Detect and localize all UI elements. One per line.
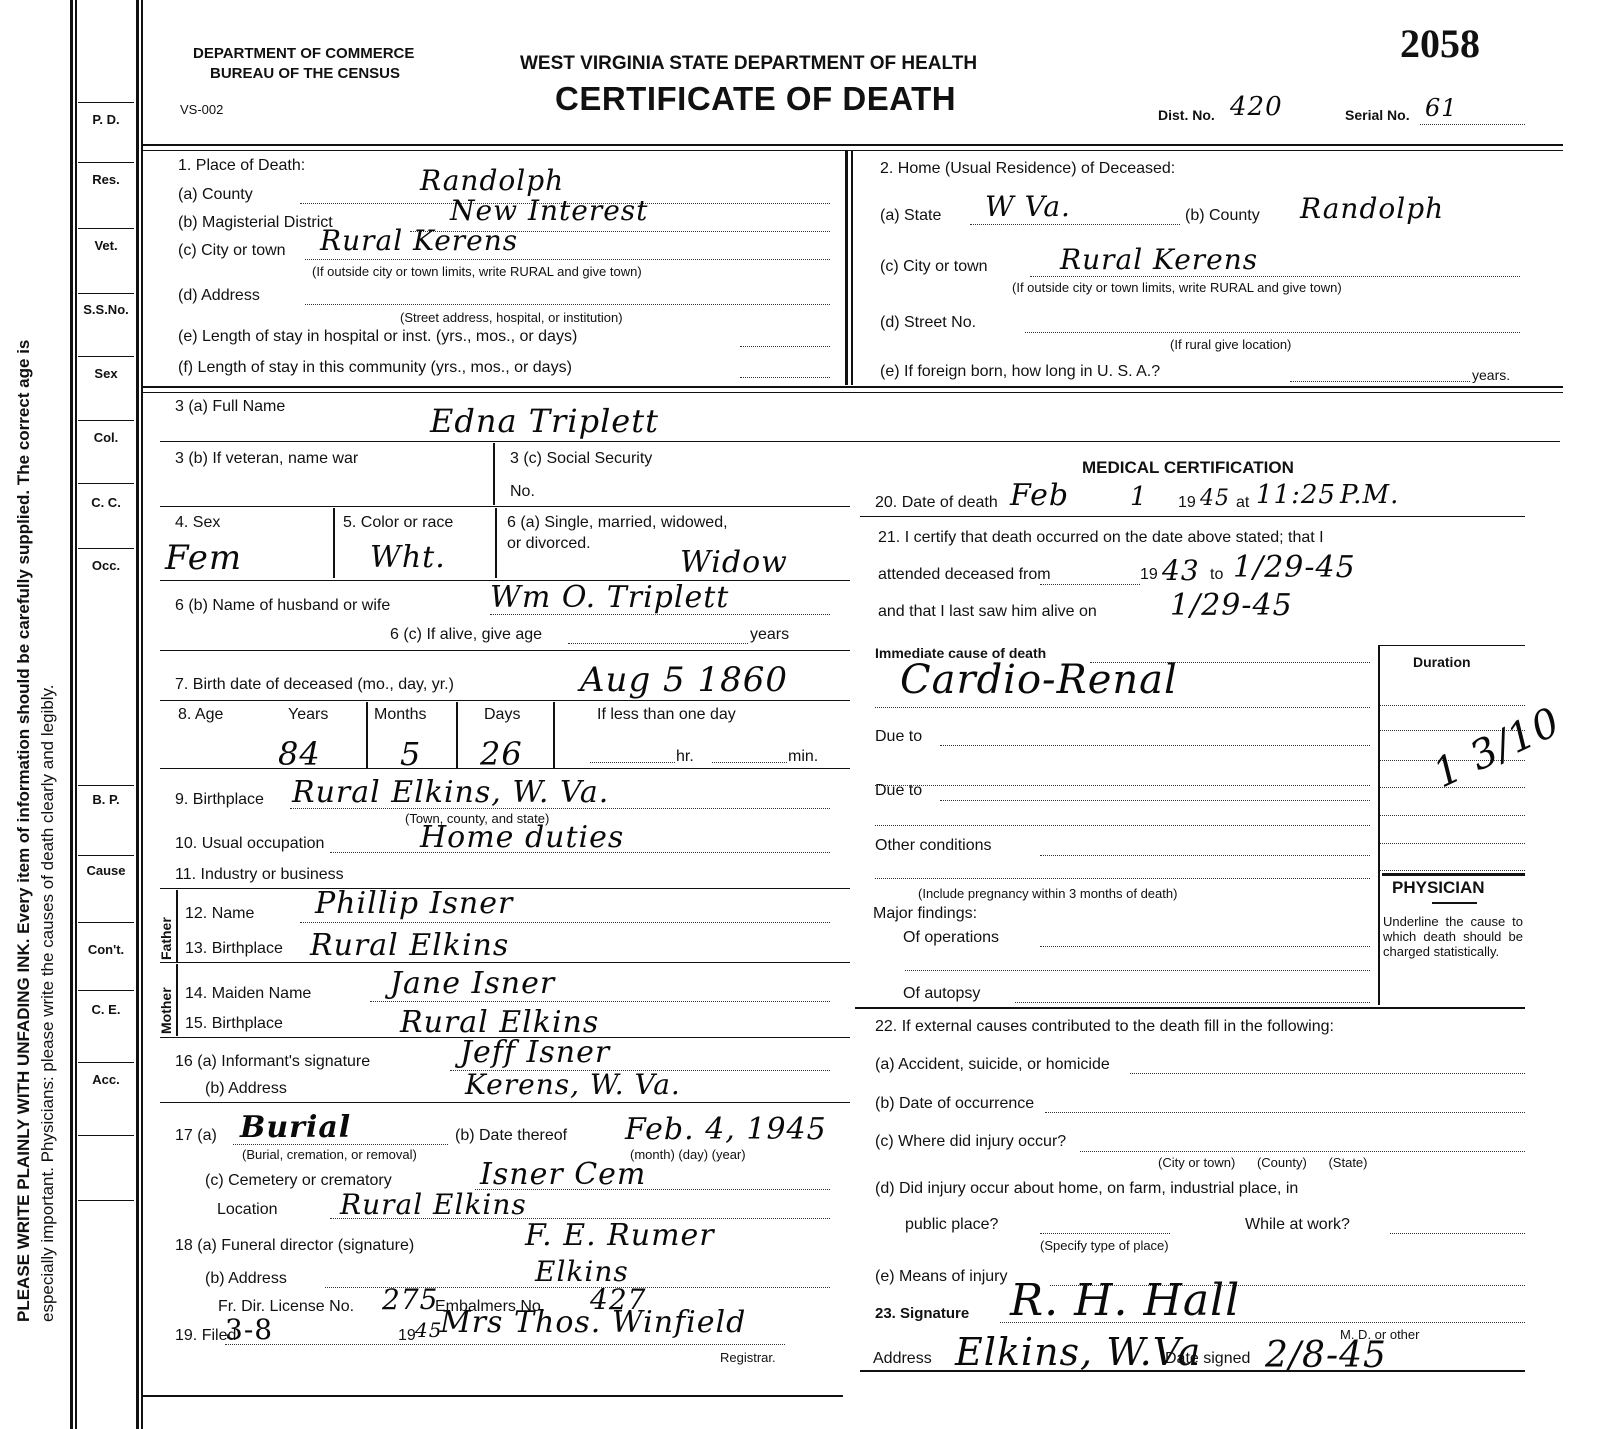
- code-pd: P. D.: [78, 112, 134, 127]
- dots: [940, 800, 1370, 801]
- code-bp: B. P.: [78, 792, 134, 807]
- code-divider: [78, 922, 134, 923]
- bracket: [176, 964, 178, 1036]
- informant-signature-value[interactable]: Jeff Isner: [460, 1035, 610, 1070]
- dots: [305, 304, 830, 305]
- due-to-label-2: Due to: [875, 782, 922, 800]
- birth-date-label: 7. Birth date of deceased (mo., day, yr.…: [175, 676, 454, 694]
- code-ce: C. E.: [78, 1002, 134, 1017]
- ssn-label2: No.: [510, 483, 535, 501]
- registrar-value[interactable]: Mrs Thos. Winfield: [440, 1305, 746, 1340]
- dots: [740, 346, 830, 347]
- city-label: (c) City or town: [178, 242, 286, 260]
- duration-label: Duration: [1413, 654, 1471, 670]
- mother-name-value[interactable]: Jane Isner: [390, 966, 555, 1001]
- less-day-label: If less than one day: [597, 706, 736, 724]
- document-title: CERTIFICATE OF DEATH: [555, 80, 956, 118]
- res-city-note: (If outside city or town limits, write R…: [1012, 280, 1342, 295]
- where-note: (City or town) (County) (State): [1158, 1155, 1368, 1170]
- informant-address-value[interactable]: Kerens, W. Va.: [465, 1068, 681, 1101]
- bracket: [176, 890, 178, 962]
- birth-date-value[interactable]: Aug 5 1860: [580, 660, 788, 700]
- attended-label: attended deceased from: [878, 566, 1051, 584]
- code-res: Res.: [78, 172, 134, 187]
- column-divider: [845, 150, 848, 385]
- dots: [590, 762, 675, 763]
- cell-divider: [553, 702, 555, 768]
- bureau-census: BUREAU OF THE CENSUS: [210, 65, 400, 82]
- occupation-label: 10. Usual occupation: [175, 835, 324, 853]
- death-ampm[interactable]: P.M.: [1340, 480, 1399, 510]
- section-rule: [143, 386, 1563, 388]
- race-label: 5. Color or race: [343, 514, 453, 532]
- res-county-value[interactable]: Randolph: [1300, 192, 1444, 225]
- sex-value[interactable]: Fem: [165, 538, 242, 578]
- mother-birthplace-label: 15. Birthplace: [185, 1015, 283, 1033]
- attended-from[interactable]: 43: [1162, 554, 1200, 587]
- stay-community-label: (f) Length of stay in this community (yr…: [178, 359, 572, 377]
- filed-year-prefix: 19: [398, 1327, 416, 1345]
- other-conditions-label: Other conditions: [875, 837, 992, 855]
- address-label: (d) Address: [178, 287, 260, 305]
- registrar-label: Registrar.: [720, 1350, 776, 1365]
- header-rule: [143, 144, 1563, 146]
- years-label: Years: [288, 706, 328, 724]
- code-divider: [78, 785, 134, 786]
- dots: [1380, 815, 1525, 816]
- street-note: (If rural give location): [1170, 337, 1291, 352]
- frame-line: [136, 0, 139, 1429]
- father-birthplace-label: 13. Birthplace: [185, 940, 283, 958]
- min-label: min.: [788, 748, 818, 766]
- dots: [1045, 1112, 1525, 1113]
- district-label: (b) Magisterial District: [178, 214, 333, 232]
- address-note: (Street address, hospital, or institutio…: [400, 310, 623, 325]
- code-occ: Occ.: [78, 558, 134, 573]
- code-divider: [78, 483, 134, 484]
- duration-divider: [1378, 645, 1380, 1005]
- dots: [1380, 843, 1525, 844]
- header-rule: [143, 150, 1563, 151]
- cell-divider: [495, 508, 497, 578]
- burial-date-label: (b) Date thereof: [455, 1127, 567, 1145]
- full-name-label: 3 (a) Full Name: [175, 398, 285, 416]
- bottom-rule: [143, 1395, 843, 1397]
- father-name-value[interactable]: Phillip Isner: [315, 886, 513, 921]
- marital-label: 6 (a) Single, married, widowed,: [507, 514, 728, 532]
- public-place-label: public place?: [905, 1216, 998, 1234]
- serial-label: Serial No.: [1345, 107, 1410, 123]
- dots: [1380, 705, 1525, 706]
- rule: [860, 516, 1525, 517]
- at-label: at: [1236, 494, 1249, 512]
- filed-date[interactable]: 3-8: [225, 1313, 273, 1346]
- medical-heading: MEDICAL CERTIFICATION: [1082, 458, 1294, 478]
- dots: [875, 785, 1370, 786]
- street-label: (d) Street No.: [880, 314, 976, 332]
- section-rule: [855, 1007, 1525, 1009]
- occupation-value[interactable]: Home duties: [420, 820, 624, 855]
- burial-label: 17 (a): [175, 1127, 217, 1145]
- place-type-note: (Specify type of place): [1040, 1238, 1169, 1253]
- cell-divider: [493, 443, 495, 505]
- res-city-value[interactable]: Rural Kerens: [1060, 243, 1258, 276]
- birthplace-value[interactable]: Rural Elkins, W. Va.: [292, 775, 609, 810]
- dots: [225, 1344, 785, 1345]
- frame-line: [75, 0, 77, 1429]
- duration-value[interactable]: 1 3/10: [1427, 699, 1568, 797]
- dots: [1015, 1002, 1370, 1003]
- veteran-label: 3 (b) If veteran, name war: [175, 450, 358, 468]
- sex-label: 4. Sex: [175, 514, 220, 532]
- due-to-label-1: Due to: [875, 728, 922, 746]
- res-city-label: (c) City or town: [880, 258, 988, 276]
- immediate-cause-value[interactable]: Cardio-Renal: [900, 657, 1178, 703]
- marital-value[interactable]: Widow: [680, 545, 788, 580]
- form-code: VS-002: [180, 102, 223, 117]
- code-cause: Cause: [78, 863, 134, 878]
- means-label: (e) Means of injury: [875, 1268, 1008, 1286]
- certify-text: 21. I certify that death occurred on the…: [878, 529, 1324, 547]
- dots: [970, 224, 1180, 225]
- stamp-number: 2058: [1400, 20, 1480, 67]
- dots: [740, 377, 830, 378]
- dots: [875, 825, 1370, 826]
- code-col: Col.: [78, 430, 134, 445]
- dots: [1080, 1151, 1525, 1152]
- code-divider: [78, 1200, 134, 1201]
- dots: [1290, 381, 1470, 382]
- county-value[interactable]: Randolph: [420, 164, 564, 197]
- city-note: (If outside city or town limits, write R…: [312, 264, 642, 279]
- ssn-label: 3 (c) Social Security: [510, 450, 652, 468]
- instruction-line-2: especially important. Physicians: please…: [38, 322, 58, 1322]
- dots: [1030, 276, 1520, 277]
- informant-address-label: (b) Address: [205, 1080, 287, 1098]
- serial-value: 61: [1425, 94, 1458, 122]
- code-divider: [78, 420, 134, 421]
- code-cc: C. C.: [78, 495, 134, 510]
- district-value[interactable]: New Interest: [450, 194, 648, 227]
- section-rule: [143, 392, 1563, 393]
- burial-note: (Burial, cremation, or removal): [242, 1147, 417, 1162]
- code-vet: Vet.: [78, 238, 134, 253]
- instruction-line-1: PLEASE WRITE PLAINLY WITH UNFADING INK. …: [14, 2, 34, 1322]
- dept-commerce: DEPARTMENT OF COMMERCE: [193, 45, 414, 62]
- rule: [860, 1370, 1525, 1372]
- death-day[interactable]: 1: [1130, 482, 1148, 512]
- informant-signature-label: 16 (a) Informant's signature: [175, 1053, 370, 1071]
- dots: [875, 707, 1370, 708]
- rule: [160, 768, 850, 769]
- dots: [712, 762, 787, 763]
- funeral-director-label: 18 (a) Funeral director (signature): [175, 1237, 414, 1255]
- mother-side-label: Mother: [158, 987, 174, 1034]
- filed-year[interactable]: 45: [415, 1318, 442, 1342]
- dots: [1040, 946, 1370, 947]
- father-birthplace-value[interactable]: Rural Elkins: [310, 928, 509, 963]
- code-divider: [78, 1062, 134, 1063]
- code-divider: [78, 548, 134, 549]
- days-label: Days: [484, 706, 520, 724]
- cell-divider: [366, 702, 368, 768]
- foreign-label: (e) If foreign born, how long in U. S. A…: [880, 363, 1160, 381]
- major-findings-label: Major findings:: [873, 905, 977, 923]
- while-at-work-label: While at work?: [1245, 1216, 1350, 1234]
- cell-divider: [456, 702, 458, 768]
- state-value[interactable]: W Va.: [985, 190, 1071, 223]
- dist-value: 420: [1230, 92, 1283, 122]
- spouse-age-suffix: years: [750, 626, 789, 644]
- marital-label2: or divorced.: [507, 535, 591, 553]
- dots: [905, 970, 1370, 971]
- rule: [1432, 902, 1477, 904]
- state-label: (a) State: [880, 207, 941, 225]
- spouse-value[interactable]: Wm O. Triplett: [490, 580, 729, 615]
- margin-instructions: PLEASE WRITE PLAINLY WITH UNFADING INK. …: [0, 0, 100, 1429]
- full-name-value[interactable]: Edna Triplett: [430, 402, 659, 440]
- foreign-suffix: years.: [1472, 367, 1510, 383]
- dots: [940, 745, 1370, 746]
- dist-label: Dist. No.: [1158, 107, 1215, 123]
- birthplace-label: 9. Birthplace: [175, 791, 264, 809]
- license-value[interactable]: 275: [382, 1283, 438, 1316]
- rule: [160, 650, 850, 651]
- funeral-address-label: (b) Address: [205, 1270, 287, 1288]
- code-cont: Con't.: [78, 942, 134, 957]
- rule: [160, 1102, 850, 1103]
- frame-line: [141, 0, 143, 1429]
- death-date-label: 20. Date of death: [875, 494, 998, 512]
- code-divider: [78, 356, 134, 357]
- signature-label: 23. Signature: [875, 1305, 969, 1322]
- residence-heading: 2. Home (Usual Residence) of Deceased:: [880, 160, 1175, 178]
- location-value[interactable]: Rural Elkins: [340, 1188, 527, 1221]
- occurrence-label: (b) Date of occurrence: [875, 1095, 1034, 1113]
- operations-label: Of operations: [903, 929, 999, 947]
- age-label: 8. Age: [178, 706, 223, 724]
- rule: [160, 441, 1560, 442]
- months-label: Months: [374, 706, 426, 724]
- rule: [160, 700, 850, 701]
- county-label: (a) County: [178, 186, 253, 204]
- hr-label: hr.: [676, 748, 694, 766]
- dots: [1390, 1233, 1525, 1234]
- attended-to[interactable]: 1/29-45: [1233, 550, 1356, 585]
- physician-note: Underline the cause to which death shoul…: [1383, 914, 1523, 959]
- to-label: to: [1210, 566, 1223, 584]
- father-name-label: 12. Name: [185, 905, 254, 923]
- code-divider: [78, 990, 134, 991]
- burial-date-note: (month) (day) (year): [630, 1147, 746, 1162]
- burial-date-value[interactable]: Feb. 4, 1945: [625, 1112, 827, 1147]
- did-injury-label: (d) Did injury occur about home, on farm…: [875, 1180, 1298, 1198]
- location-label: Location: [217, 1201, 278, 1219]
- dots: [305, 259, 830, 260]
- father-side-label: Father: [158, 917, 174, 960]
- cemetery-value[interactable]: Isner Cem: [480, 1157, 646, 1192]
- dots: [1130, 1073, 1525, 1074]
- pregnancy-note: (Include pregnancy within 3 months of de…: [918, 886, 1177, 901]
- burial-value[interactable]: Burial: [240, 1110, 351, 1145]
- last-saw-value[interactable]: 1/29-45: [1170, 588, 1293, 623]
- industry-label: 11. Industry or business: [175, 866, 344, 884]
- code-sex: Sex: [78, 366, 134, 381]
- physician-heading: PHYSICIAN: [1392, 878, 1485, 898]
- attended-from-prefix: 19: [1140, 566, 1158, 584]
- dots: [1380, 870, 1525, 871]
- spouse-label: 6 (b) Name of husband or wife: [175, 597, 390, 615]
- stay-hospital-label: (e) Length of stay in hospital or inst. …: [178, 328, 577, 346]
- autopsy-label: Of autopsy: [903, 985, 980, 1003]
- dots: [300, 922, 830, 923]
- rule: [160, 506, 850, 507]
- mother-name-label: 14. Maiden Name: [185, 985, 311, 1003]
- external-heading: 22. If external causes contributed to th…: [875, 1018, 1334, 1036]
- city-value[interactable]: Rural Kerens: [320, 224, 518, 257]
- code-divider: [78, 162, 134, 163]
- last-saw-label: and that I last saw him alive on: [878, 603, 1097, 621]
- dots: [568, 643, 748, 644]
- dots: [875, 878, 1370, 879]
- agency-name: WEST VIRGINIA STATE DEPARTMENT OF HEALTH: [520, 53, 977, 75]
- frame-line: [70, 0, 73, 1429]
- res-county-label: (b) County: [1185, 207, 1260, 225]
- code-divider: [78, 1135, 134, 1136]
- code-divider: [78, 293, 134, 294]
- code-divider: [78, 855, 134, 856]
- column-divider: [851, 150, 853, 385]
- death-time[interactable]: 11:25: [1256, 480, 1336, 510]
- death-year[interactable]: 45: [1200, 486, 1230, 511]
- date-signed-label: Date signed: [1165, 1350, 1250, 1368]
- spouse-age-label: 6 (c) If alive, give age: [390, 626, 542, 644]
- code-acc: Acc.: [78, 1072, 134, 1087]
- rule: [1382, 873, 1525, 876]
- where-label: (c) Where did injury occur?: [875, 1133, 1066, 1151]
- accident-label: (a) Accident, suicide, or homicide: [875, 1056, 1110, 1074]
- dots: [1040, 1233, 1170, 1234]
- physician-signature[interactable]: R. H. Hall: [1010, 1275, 1240, 1326]
- physician-address-label: Address: [873, 1350, 932, 1368]
- cell-divider: [333, 508, 335, 578]
- code-divider: [78, 102, 134, 103]
- death-year-prefix: 19: [1178, 494, 1196, 512]
- death-month[interactable]: Feb: [1010, 478, 1069, 513]
- code-divider: [78, 228, 134, 229]
- place-of-death-heading: 1. Place of Death:: [178, 157, 305, 175]
- dots: [1040, 584, 1140, 585]
- dots: [370, 1001, 830, 1002]
- funeral-director-value[interactable]: F. E. Rumer: [525, 1218, 715, 1253]
- rule: [1380, 645, 1525, 646]
- code-ssno: S.S.No.: [78, 302, 134, 317]
- dots: [1025, 332, 1520, 333]
- race-value[interactable]: Wht.: [370, 540, 446, 575]
- serial-dots: [1420, 124, 1525, 125]
- rule: [160, 962, 850, 963]
- dots: [1040, 855, 1370, 856]
